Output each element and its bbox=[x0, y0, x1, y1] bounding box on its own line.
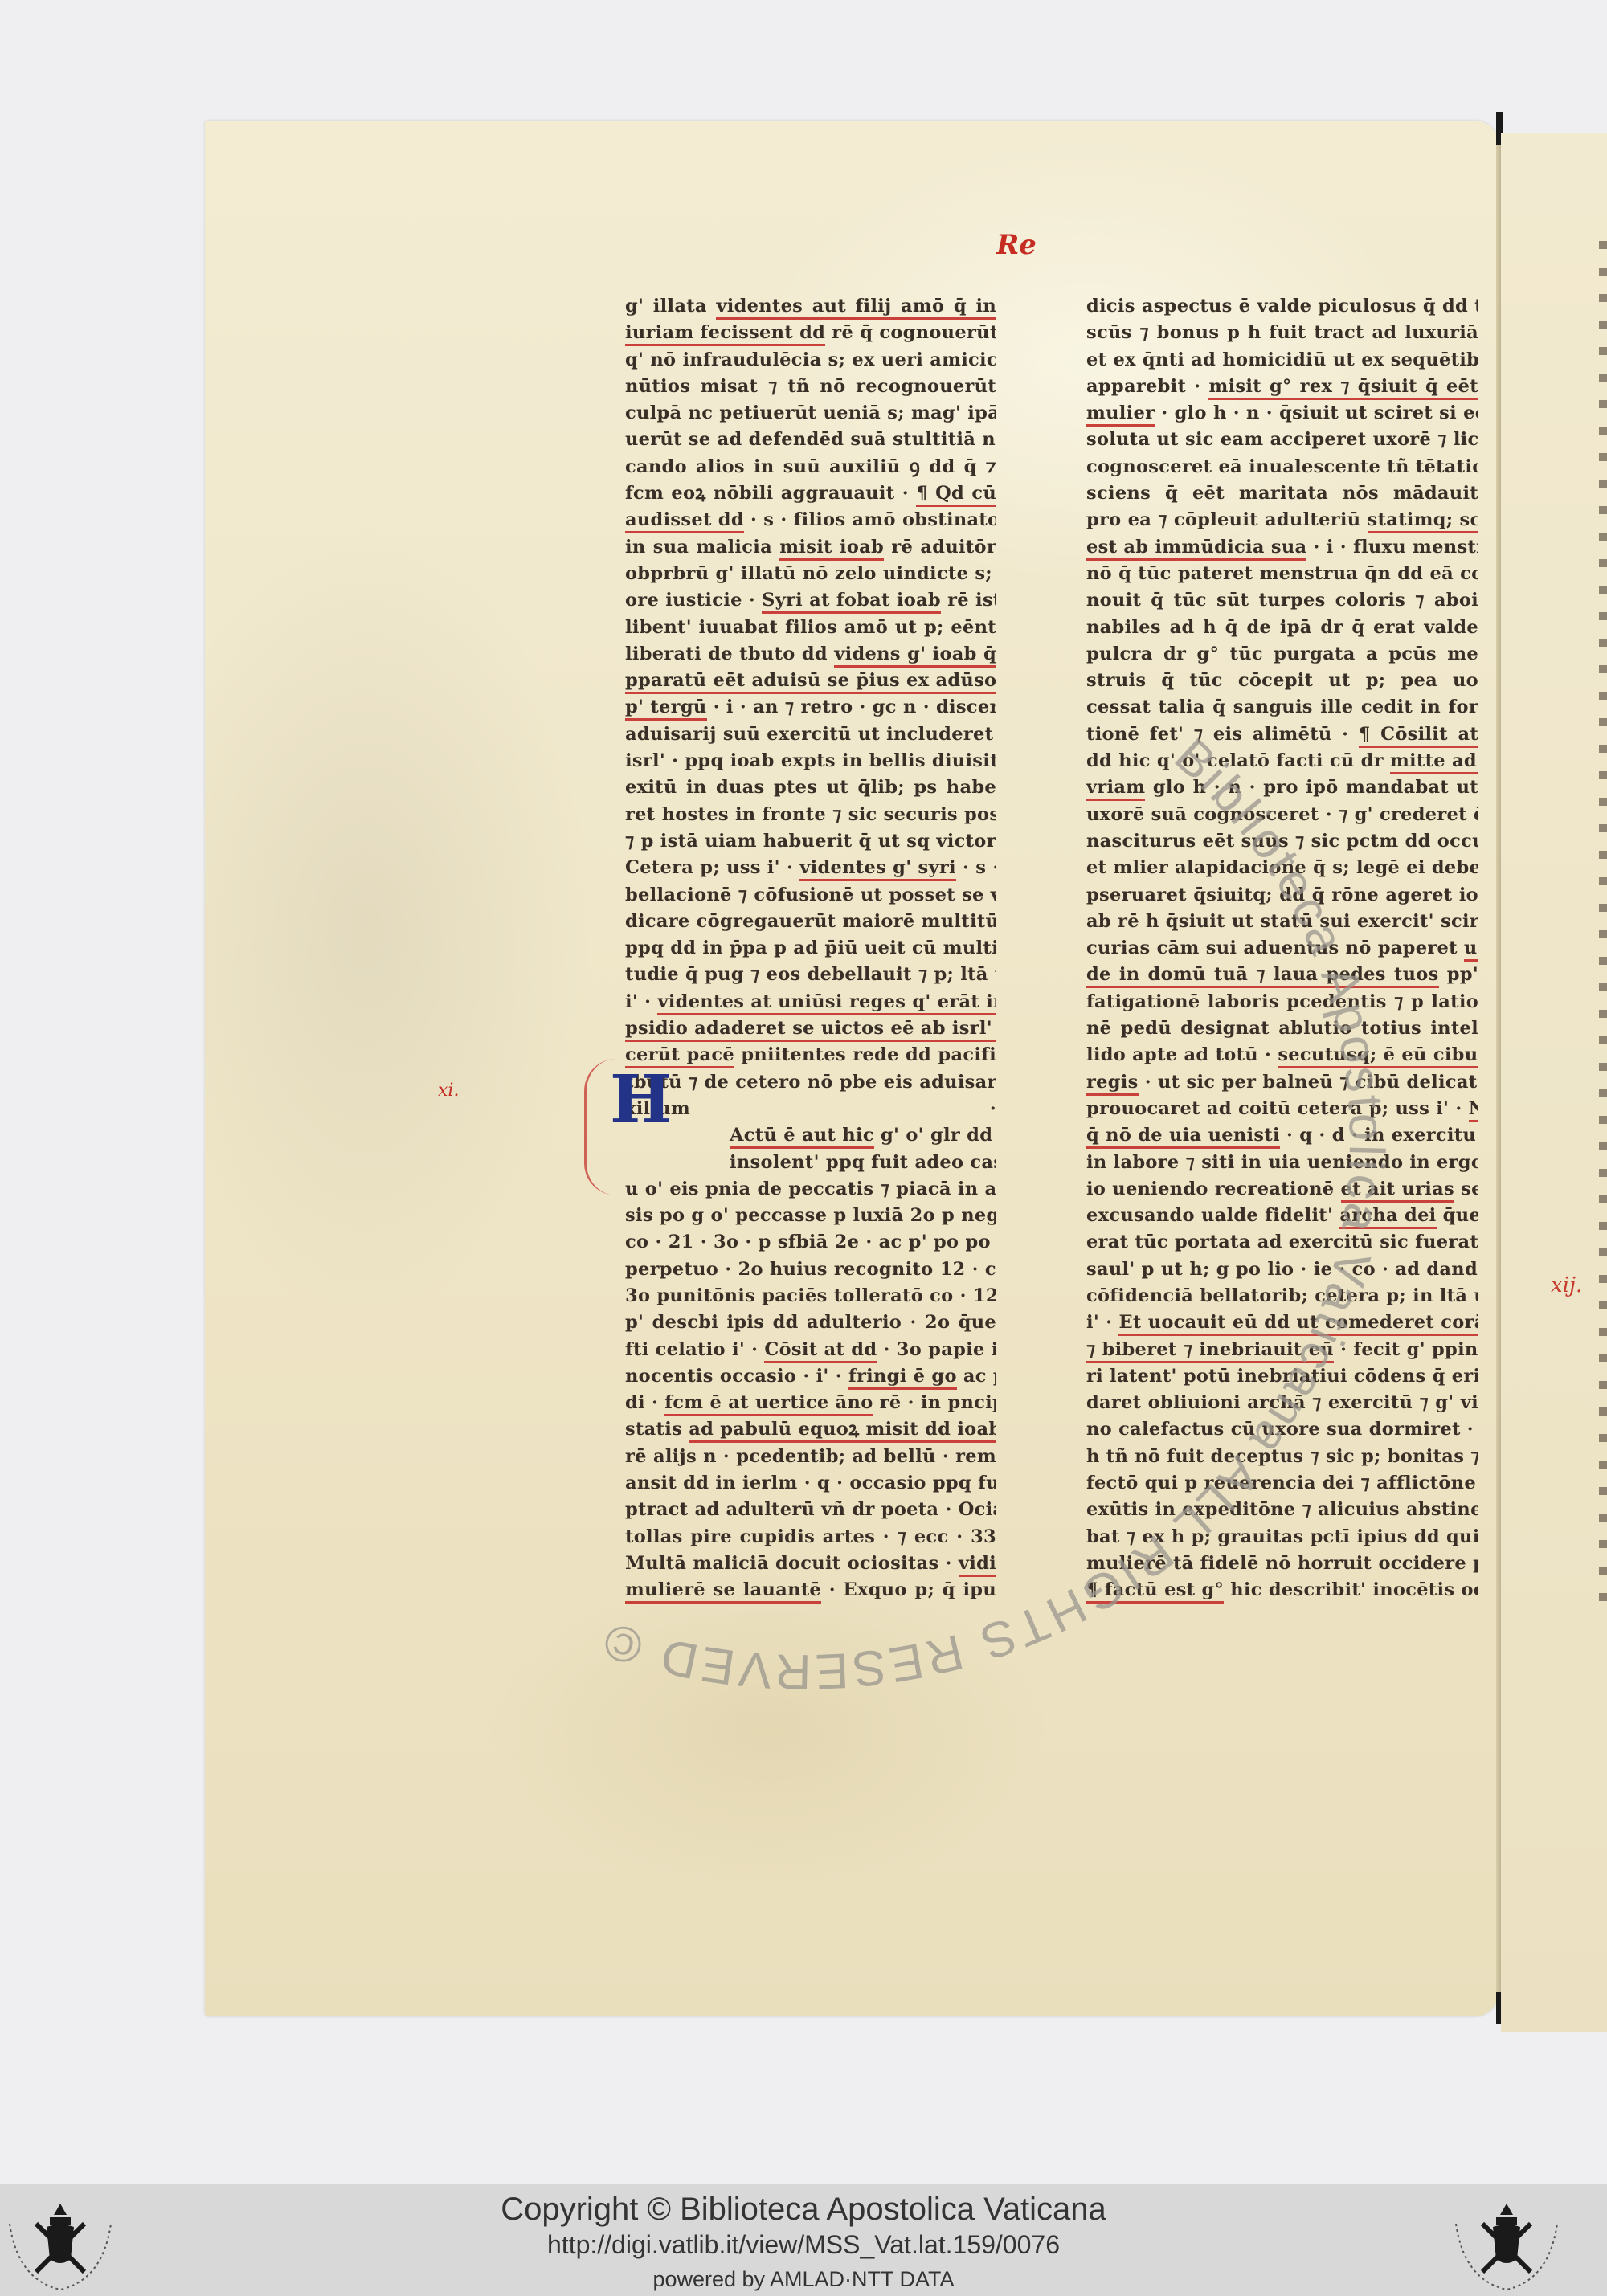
rubricated-lemma: audisset dd bbox=[625, 509, 744, 533]
line-text: ⁊ p istā uiam habuerit q̄ ut sq victoriā bbox=[625, 831, 996, 852]
line-text: in labore ⁊ siti in uia ueniendo in ergo bbox=[1086, 1152, 1478, 1173]
line-text: in sua malicia bbox=[625, 537, 779, 558]
line-text: u o' eis pnia de peccatis ⁊ piacā in adū bbox=[625, 1179, 996, 1199]
text-line: vriam glo h · n · pro ipō mandabat ut bbox=[1086, 774, 1478, 801]
line-text-after: · Exquo p; q̄ ipu bbox=[821, 1579, 996, 1600]
text-line: mulierē tā fidelē nō horruit occidere pc… bbox=[1086, 1550, 1478, 1577]
text-line: ab rē h q̄siuit ut statū sui exercit' sc… bbox=[1086, 909, 1478, 935]
text-line: pro ea ⁊ cōpleuit adulteriū statimq; sct… bbox=[1086, 507, 1478, 533]
line-text: erat tūc portata ad exercitū sic fuerat … bbox=[1086, 1232, 1478, 1252]
line-text-after: · s · suā de bbox=[956, 857, 996, 878]
line-text: g' illata bbox=[625, 296, 716, 317]
rubricated-lemma: ⁊ biberet ⁊ inebriauit eū bbox=[1086, 1339, 1334, 1363]
text-line: et ex q̄nti ad homicidiū ut ex sequētib; bbox=[1086, 347, 1478, 374]
text-line: p' tergū · i · an ⁊ retro · gc n · disce… bbox=[625, 694, 996, 721]
line-text: culpā nc petiuerūt ueniā s; mag' ipā bbox=[625, 402, 996, 423]
text-line: saul' p ut h; g po lio · ie · co · ad da… bbox=[1086, 1256, 1478, 1283]
rubricated-lemma: misit g° rex ⁊ q̄siuit q̄ eēt bbox=[1208, 376, 1478, 400]
text-line: mulier · glo h · n · q̄siuit ut sciret s… bbox=[1086, 400, 1478, 427]
line-text-after: hic describit' inocētis occisio bbox=[1224, 1579, 1478, 1600]
rubricated-lemma: Nū bbox=[1469, 1098, 1478, 1122]
line-text: perpetuo · 2o huius recognito 12 · co bbox=[625, 1259, 996, 1280]
text-line: prouocaret ad coitū cetera p; uss i' · N… bbox=[1086, 1096, 1478, 1122]
rubricated-lemma: videntes g' syri bbox=[799, 857, 956, 881]
line-text: insolent' ppq fuit adeo castigat bbox=[730, 1152, 996, 1173]
line-text: uxorē suā cognosceret · ⁊ g' crederet q̄… bbox=[1086, 804, 1478, 825]
line-text: ptract ad adulterū vñ dr poeta · Ocia si bbox=[625, 1499, 996, 1520]
text-line: bat ⁊ ex h p; grauitas pctī ipius dd qui bbox=[1086, 1524, 1478, 1550]
text-line: bellacionē ⁊ cōfusionē ut posset se vin bbox=[625, 882, 996, 909]
next-page-text-edge bbox=[1599, 241, 1607, 1607]
line-text-after: pniitentes rede dd pacifi bbox=[734, 1044, 996, 1065]
text-line: scūs ⁊ bonus p h fuit tract ad luxuriā bbox=[1086, 320, 1478, 346]
rubricated-lemma: Cōsit at dd bbox=[764, 1339, 877, 1363]
text-line: uerūt se ad defendēd suā stultitiā no bbox=[625, 427, 996, 453]
text-line: et mlier alapidacione q̄ s; legē ei debe… bbox=[1086, 855, 1478, 881]
line-text: scūs ⁊ bonus p h fuit tract ad luxuriā bbox=[1086, 322, 1478, 343]
rubricated-lemma: vriam bbox=[1086, 777, 1145, 801]
line-text: cōfidenciā bellatorib; cetera p; in ltā … bbox=[1086, 1285, 1478, 1306]
rubricated-lemma: mulierē se lauantē bbox=[625, 1579, 821, 1604]
text-line: Multā maliciā docuit ociositas · vidit q… bbox=[625, 1550, 996, 1577]
text-line: nē pedū designat ablutio totius intel bbox=[1086, 1015, 1478, 1042]
text-line: pparatū eēt aduisū se p̄ius ex adūso et bbox=[625, 668, 996, 694]
line-text: pseruaret q̄siuitq; dd q̄ rōne ageret io bbox=[1086, 884, 1478, 905]
rubricated-lemma: videntes aut filij amō q̄ in bbox=[716, 296, 996, 320]
rubricated-lemma: Syri at fobat ioab bbox=[762, 590, 941, 614]
line-text: prouocaret ad coitū cetera p; uss i' · bbox=[1086, 1098, 1469, 1119]
rubricated-lemma: secutusq; ē eū cibus bbox=[1278, 1044, 1478, 1068]
line-text: ab rē h q̄siuit ut statū sui exercit' sc… bbox=[1086, 911, 1478, 932]
line-text: fatigationē laboris pcedentis ⁊ p latio bbox=[1086, 991, 1478, 1012]
line-text-after: · q · d · in exercitu fu bbox=[1280, 1125, 1478, 1146]
text-line: cessat talia q̄ sanguis ille cedit in fo… bbox=[1086, 694, 1478, 721]
line-text: nūtios misat ⁊ tñ nō recognouerūt bbox=[625, 376, 996, 397]
line-text: fectō qui p reuerencia dei ⁊ afflictōne … bbox=[1086, 1473, 1478, 1493]
line-text: fti celatio i' · bbox=[625, 1339, 764, 1360]
text-line: nocentis occasio · i' · fringi ē go ac p… bbox=[625, 1363, 996, 1390]
text-line: ppq dd in p̄pa p ad p̄iū ueit cū multi bbox=[625, 935, 996, 962]
rubricated-lemma: de in domū tuā ⁊ laua pedes tuos bbox=[1086, 964, 1439, 988]
powered-by-text: powered by AMLAD·NTT DATA bbox=[0, 2267, 1607, 2292]
line-text: ppq dd in p̄pa p ad p̄iū ueit cū multi bbox=[625, 938, 996, 958]
next-page-margin-numeral: xij. bbox=[1551, 1273, 1582, 1297]
copyright-text: Copyright © Biblioteca Apostolica Vatica… bbox=[0, 2192, 1607, 2228]
line-text-after: glo h · n · pro ipō mandabat ut bbox=[1145, 777, 1478, 798]
line-text-after: · ut sic per balneū ⁊ cibū delicatū bbox=[1139, 1072, 1478, 1093]
text-line: uxorē suā cognosceret · ⁊ g' crederet q̄… bbox=[1086, 802, 1478, 828]
line-text: dd hic q' o' celatō facti cū dr bbox=[1086, 750, 1390, 771]
line-text: aduisarij suū exercitū ut includeret fil… bbox=[625, 724, 996, 745]
rubricated-lemma: statimq; sctificata bbox=[1368, 509, 1478, 533]
text-line: fcm eoꝝ nōbili aggrauauit · ¶ Qd cū bbox=[625, 480, 996, 507]
line-text-after: · s · filios amō obstinatos ⁊ bbox=[744, 509, 996, 530]
text-line: lido apte ad totū · secutusq; ē eū cibus bbox=[1086, 1042, 1478, 1068]
rubricated-lemma: ua bbox=[1464, 938, 1478, 962]
line-text: nouit q̄ tūc sūt turpes coloris ⁊ aboi bbox=[1086, 590, 1478, 611]
line-text: mulierē tā fidelē nō horruit occidere pc… bbox=[1086, 1553, 1478, 1574]
rubricated-lemma: fringi ē go bbox=[848, 1366, 957, 1390]
text-line: aduisarij suū exercitū ut includeret fil… bbox=[625, 721, 996, 748]
text-line: i' · videntes at uniūsi reges q' erāt in bbox=[625, 989, 996, 1015]
line-text: pro ea ⁊ cōpleuit adulteriū bbox=[1086, 509, 1368, 530]
text-line: cando alios in suū auxiliū ꝯ dd q̄ ⁊ bbox=[625, 454, 996, 480]
text-line: soluta ut sic eam acciperet uxorē ⁊ lici… bbox=[1086, 427, 1478, 453]
line-text: obprbrū g' illatū nō zelo uindicte s; am bbox=[625, 563, 996, 584]
text-line: nūtios misat ⁊ tñ nō recognouerūt bbox=[625, 374, 996, 400]
line-text: saul' p ut h; g po lio · ie · co · ad da… bbox=[1086, 1259, 1478, 1280]
text-line: no calefactus cū uxore sua dormiret · pe… bbox=[1086, 1416, 1478, 1443]
line-text: libent' iuuabat filios amō ut p; eēnt bbox=[625, 617, 996, 638]
text-line: Cetera p; uss i' · videntes g' syri · s … bbox=[625, 855, 996, 881]
rubricated-lemma: mitte ad me bbox=[1390, 750, 1478, 774]
text-line: u o' eis pnia de peccatis ⁊ piacā in adū bbox=[625, 1176, 996, 1203]
text-line: ptract ad adulterū vñ dr poeta · Ocia si bbox=[625, 1497, 996, 1523]
line-text-after: se bbox=[1454, 1179, 1478, 1199]
line-text: et mlier alapidacione q̄ s; legē ei debe… bbox=[1086, 857, 1478, 878]
line-text-after: rē · in pncipio ⁊ bbox=[873, 1392, 996, 1413]
text-line: g' illata videntes aut filij amō q̄ in bbox=[625, 293, 996, 320]
text-line: tollas pire cupidis artes · ⁊ ecc · 33 bbox=[625, 1524, 996, 1550]
line-text: bat ⁊ ex h p; grauitas pctī ipius dd qui bbox=[1086, 1526, 1478, 1547]
text-line: ansit dd in ierlm · q · occasio ppq fuit bbox=[625, 1470, 996, 1497]
text-line: q̄ nō de uia uenisti · q · d · in exerci… bbox=[1086, 1122, 1478, 1149]
text-line: rē alijs n · pcedentib; ad bellū · rem bbox=[625, 1444, 996, 1470]
text-line: di · fcm ē at uertice āno rē · in pncipi… bbox=[625, 1390, 996, 1416]
line-text: no calefactus cū uxore sua dormiret · pe… bbox=[1086, 1419, 1478, 1440]
manuscript-viewer: xij. Re xi. g' illata videntes aut filij… bbox=[0, 0, 1607, 2184]
text-line: de in domū tuā ⁊ laua pedes tuos pp' bbox=[1086, 962, 1478, 988]
text-line: libent' iuuabat filios amō ut p; eēnt bbox=[625, 615, 996, 641]
line-text: liberati de tbuto dd bbox=[625, 643, 834, 664]
text-line: sis po g o' peccasse p luxiā 2o p negli bbox=[625, 1203, 996, 1229]
rubricated-lemma: ¶ factū est g° bbox=[1086, 1579, 1224, 1604]
text-line: nouit q̄ tūc sūt turpes coloris ⁊ aboi bbox=[1086, 587, 1478, 614]
text-line: fti celatio i' · Cōsit at dd · 3o papie … bbox=[625, 1337, 996, 1363]
folio-next-page bbox=[1501, 133, 1607, 2032]
line-text: p' descbi ipis dd adulterio · 2o q̄ue bbox=[625, 1312, 996, 1333]
text-line: fatigationē laboris pcedentis ⁊ p latio bbox=[1086, 989, 1478, 1015]
line-text: dicare cōgregauerūt maiorē multitū bbox=[625, 911, 996, 932]
text-line: iuriam fecissent dd rē q̄ cognouerūt bbox=[625, 320, 996, 346]
text-line: isrl' · ppq ioab expts in bellis diuisit bbox=[625, 748, 996, 774]
line-text-after: · i · fluxu menstruo bbox=[1306, 537, 1478, 558]
line-text: i' · bbox=[1086, 1312, 1118, 1333]
line-text: nē pedū designat ablutio totius intel bbox=[1086, 1018, 1478, 1039]
line-text-after: · fecit g' ppina bbox=[1334, 1339, 1478, 1360]
line-text-after: pp' bbox=[1439, 964, 1478, 985]
text-line: perpetuo · 2o huius recognito 12 · co bbox=[625, 1256, 996, 1283]
line-text: struis q̄ tūc cōcepit ut p; pea uo bbox=[1086, 670, 1478, 691]
text-line: dicare cōgregauerūt maiorē multitū bbox=[625, 909, 996, 935]
running-head: Re bbox=[996, 229, 1037, 261]
text-line: erat tūc portata ad exercitū sic fuerat … bbox=[1086, 1229, 1478, 1256]
line-text: exitū in duas ptes ut q̄lib; ps habe bbox=[625, 777, 996, 798]
text-line: co · 21 · 3o · p sfbiā 2e · ac p' po po … bbox=[625, 1229, 996, 1256]
text-line: tudie q̄ pug ⁊ eos debellauit ⁊ p; ltā u… bbox=[625, 962, 996, 988]
rubricated-lemma: regis bbox=[1086, 1072, 1139, 1096]
rubricated-lemma: videns g' ioab q̄ bbox=[834, 643, 996, 668]
rubricated-lemma: videntes at uniūsi reges q' erāt in bbox=[657, 991, 996, 1015]
text-line: i' · Et uocauit eū dd ut comederet corā … bbox=[1086, 1309, 1478, 1336]
line-text: tudie q̄ pug ⁊ eos debellauit ⁊ p; ltā u… bbox=[625, 964, 996, 985]
rubricated-lemma: ¶ Cōsilit at bbox=[1359, 724, 1478, 748]
line-text: exūtis in expeditōne ⁊ alicuius abstine bbox=[1086, 1499, 1478, 1520]
text-line: q' nō infraudulēcia s; ex ueri amicicī bbox=[625, 347, 996, 374]
line-text: nō q̄ tūc pateret menstrua q̄n dd eā cog bbox=[1086, 563, 1478, 584]
rubricated-lemma: misit ioab bbox=[779, 537, 884, 561]
text-line: fectō qui p reuerencia dei ⁊ afflictōne … bbox=[1086, 1470, 1478, 1497]
rubricated-lemma: q̄ nō de uia uenisti bbox=[1086, 1125, 1280, 1149]
line-text: soluta ut sic eam acciperet uxorē ⁊ lici… bbox=[1086, 429, 1478, 450]
line-text-after: ac p' bbox=[957, 1366, 996, 1387]
line-text: excusando ualde fidelit' bbox=[1086, 1205, 1339, 1226]
illuminated-initial: H bbox=[584, 1059, 689, 1147]
rubricated-lemma: vidit q; bbox=[959, 1553, 996, 1577]
line-text: Cetera p; uss i' · bbox=[625, 857, 799, 878]
rubricated-lemma: Actū ē aut hic bbox=[730, 1125, 874, 1149]
line-text: et ex q̄nti ad homicidiū ut ex sequētib; bbox=[1086, 349, 1478, 370]
line-text: nasciturus eēt suus ⁊ sic pctm dd occult… bbox=[1086, 831, 1478, 852]
rubricated-lemma: Et uocauit eū dd ut comederet corā se bbox=[1118, 1312, 1478, 1336]
copyright-footer: Copyright © Biblioteca Apostolica Vatica… bbox=[0, 2184, 1607, 2296]
text-line: daret obliuioni archā ⁊ exercitū ⁊ g' vi bbox=[1086, 1390, 1478, 1416]
text-line: liberati de tbuto dd videns g' ioab q̄ bbox=[625, 641, 996, 668]
line-text: sciens q̄ eēt maritata nōs mādauit bbox=[1086, 483, 1478, 504]
text-column-left: g' illata videntes aut filij amō q̄ iniu… bbox=[625, 293, 996, 1604]
rubricated-lemma: ¶ Qd cū bbox=[916, 483, 996, 507]
rubricated-lemma: pparatū eēt aduisū se p̄ius ex adūso et bbox=[625, 670, 996, 694]
text-line: psidio adaderet se uictos eē ab isrl' fe bbox=[625, 1015, 996, 1042]
line-text: isrl' · ppq ioab expts in bellis diuisit bbox=[625, 750, 996, 771]
text-line: pseruaret q̄siuitq; dd q̄ rōne ageret io bbox=[1086, 882, 1478, 909]
rubricated-lemma: ad pabulū equoꝝ misit dd ioab bbox=[689, 1419, 996, 1443]
line-text: ri latent' potū inebriatiui cōdens q̄ er… bbox=[1086, 1366, 1478, 1387]
line-text: cando alios in suū auxiliū ꝯ dd q̄ ⁊ bbox=[625, 456, 996, 477]
line-text: nocentis occasio · i' · bbox=[625, 1366, 848, 1387]
line-text: di · bbox=[625, 1392, 664, 1413]
line-text: uerūt se ad defendēd suā stultitiā no bbox=[625, 429, 996, 450]
text-line: io ueniendo recreationē et ait urias se bbox=[1086, 1176, 1478, 1203]
initial-letter: H bbox=[610, 1067, 672, 1133]
permalink-url[interactable]: http://digi.vatlib.it/view/MSS_Vat.lat.1… bbox=[0, 2230, 1607, 2260]
text-line: est ab immūdicia sua · i · fluxu menstru… bbox=[1086, 534, 1478, 561]
line-text: io ueniendo recreationē bbox=[1086, 1179, 1341, 1199]
text-line: ⁊ biberet ⁊ inebriauit eū · fecit g' ppi… bbox=[1086, 1337, 1478, 1363]
text-line: curias cām sui aduentus nō paperet ua bbox=[1086, 935, 1478, 962]
text-line: dicis aspectus ē valde piculosus q̄ dd t… bbox=[1086, 293, 1478, 320]
text-line: ret hostes in fronte ⁊ sic securis posse… bbox=[625, 802, 996, 828]
line-text: daret obliuioni archā ⁊ exercitū ⁊ g' vi bbox=[1086, 1392, 1478, 1413]
line-text: ret hostes in fronte ⁊ sic securis posse… bbox=[625, 804, 996, 825]
line-text: tionē fet' ⁊ eis alimētū · bbox=[1086, 724, 1359, 745]
text-line: nō q̄ tūc pateret menstrua q̄n dd eā cog bbox=[1086, 561, 1478, 587]
line-text: i' · bbox=[625, 991, 657, 1012]
line-text: rē alijs n · pcedentib; ad bellū · rem bbox=[625, 1446, 996, 1467]
line-text-after: · i · an ⁊ retro · gc n · discerant bbox=[707, 697, 996, 717]
text-line: dd hic q' o' celatō facti cū dr mitte ad… bbox=[1086, 748, 1478, 774]
text-line: pulcra dr g° tūc purgata a pcūs me bbox=[1086, 641, 1478, 668]
text-line: in labore ⁊ siti in uia ueniendo in ergo bbox=[1086, 1150, 1478, 1176]
line-text: curias cām sui aduentus nō paperet bbox=[1086, 938, 1464, 958]
text-line: insolent' ppq fuit adeo castigat bbox=[625, 1150, 996, 1176]
line-text: 3o punitōnis paciēs tolleratō co · 12 ac bbox=[625, 1285, 996, 1306]
line-text: fcm eoꝝ nōbili aggrauauit · bbox=[625, 483, 916, 504]
text-line: ore iusticie · Syri at fobat ioab rē ist… bbox=[625, 587, 996, 614]
line-text: pulcra dr g° tūc purgata a pcūs me bbox=[1086, 643, 1478, 664]
text-line: regis · ut sic per balneū ⁊ cibū delicat… bbox=[1086, 1069, 1478, 1096]
text-line: ¶ factū est g° hic describit' inocētis o… bbox=[1086, 1577, 1478, 1604]
line-text-after: rē isti bbox=[941, 590, 996, 611]
text-line: statis ad pabulū equoꝝ misit dd ioab bbox=[625, 1416, 996, 1443]
text-line: struis q̄ tūc cōcepit ut p; pea uo bbox=[1086, 668, 1478, 694]
line-text: Multā maliciā docuit ociositas · bbox=[625, 1553, 959, 1574]
line-text: tollas pire cupidis artes · ⁊ ecc · 33 bbox=[625, 1526, 996, 1547]
text-line: apparebit · misit g° rex ⁊ q̄siuit q̄ eē… bbox=[1086, 374, 1478, 400]
line-text-after: rē aduitōr bbox=[884, 537, 996, 558]
text-line: 3o punitōnis paciēs tolleratō co · 12 ac bbox=[625, 1283, 996, 1309]
rubricated-lemma: iuriam fecissent dd bbox=[625, 322, 825, 346]
line-text: h tñ nō fuit deceptus ⁊ sic p; bonitas ⁊… bbox=[1086, 1446, 1478, 1467]
line-text: dicis aspectus ē valde piculosus q̄ dd t… bbox=[1086, 296, 1478, 317]
rubricated-lemma: fcm ē at uertice āno bbox=[664, 1392, 873, 1416]
text-line: ⁊ p istā uiam habuerit q̄ ut sq victoriā bbox=[625, 828, 996, 855]
line-text-after: · 3o papie in bbox=[877, 1339, 996, 1360]
rubricated-lemma: archa dei bbox=[1339, 1205, 1436, 1229]
line-text: nabiles ad h q̄ de ipā dr q̄ erat valde bbox=[1086, 617, 1478, 638]
line-text: ansit dd in ierlm · q · occasio ppq fuit bbox=[625, 1473, 996, 1493]
line-text: sis po g o' peccasse p luxiā 2o p negli bbox=[625, 1205, 996, 1226]
text-line: cognosceret eā inualescente tñ tētatione bbox=[1086, 454, 1478, 480]
line-text-after: g' o' glr dd uix bbox=[874, 1125, 996, 1146]
text-line: in sua malicia misit ioab rē aduitōr bbox=[625, 534, 996, 561]
line-text: q' nō infraudulēcia s; ex ueri amicicī bbox=[625, 349, 996, 370]
line-text: cessat talia q̄ sanguis ille cedit in fo… bbox=[1086, 697, 1478, 717]
line-text: cognosceret eā inualescente tñ tētatione bbox=[1086, 456, 1478, 477]
line-text: apparebit · bbox=[1086, 376, 1208, 397]
rubricated-lemma: et ait urias bbox=[1341, 1179, 1455, 1203]
text-column-right: dicis aspectus ē valde piculosus q̄ dd t… bbox=[1086, 293, 1478, 1604]
line-text: statis bbox=[625, 1419, 689, 1440]
text-line: exūtis in expeditōne ⁊ alicuius abstine bbox=[1086, 1497, 1478, 1523]
rubricated-lemma: mulier bbox=[1086, 402, 1155, 427]
line-text-after: · glo h · n · q̄siuit ut sciret si eēt bbox=[1155, 402, 1478, 423]
text-line: p' descbi ipis dd adulterio · 2o q̄ue bbox=[625, 1309, 996, 1336]
text-line: nabiles ad h q̄ de ipā dr q̄ erat valde bbox=[1086, 615, 1478, 641]
rubricated-lemma: p' tergū bbox=[625, 697, 707, 721]
line-text: bellacionē ⁊ cōfusionē ut posset se vin bbox=[625, 884, 996, 905]
text-line: tionē fet' ⁊ eis alimētū · ¶ Cōsilit at bbox=[1086, 721, 1478, 748]
line-text-after: q̄ue bbox=[1437, 1205, 1478, 1226]
text-line: excusando ualde fidelit' archa dei q̄ue bbox=[1086, 1203, 1478, 1229]
text-line: h tñ nō fuit deceptus ⁊ sic p; bonitas ⁊… bbox=[1086, 1444, 1478, 1470]
text-line: cōfidenciā bellatorib; cetera p; in ltā … bbox=[1086, 1283, 1478, 1309]
text-line: mulierē se lauantē · Exquo p; q̄ ipu bbox=[625, 1577, 996, 1604]
text-line: nasciturus eēt suus ⁊ sic pctm dd occult… bbox=[1086, 828, 1478, 855]
text-line: ri latent' potū inebriatiui cōdens q̄ er… bbox=[1086, 1363, 1478, 1390]
line-text: lido apte ad totū · bbox=[1086, 1044, 1278, 1065]
text-line: sciens q̄ eēt maritata nōs mādauit bbox=[1086, 480, 1478, 507]
text-line: exitū in duas ptes ut q̄lib; ps habe bbox=[625, 774, 996, 801]
line-text: ore iusticie · bbox=[625, 590, 762, 611]
text-line: culpā nc petiuerūt ueniā s; mag' ipā bbox=[625, 400, 996, 427]
line-text-after: rē q̄ cognouerūt bbox=[825, 322, 996, 343]
text-line: obprbrū g' illatū nō zelo uindicte s; am bbox=[625, 561, 996, 587]
margin-numeral: xi. bbox=[438, 1081, 459, 1101]
rubricated-lemma: est ab immūdicia sua bbox=[1086, 537, 1306, 561]
rubricated-lemma: psidio adaderet se uictos eē ab isrl' fe bbox=[625, 1018, 996, 1042]
line-text: co · 21 · 3o · p sfbiā 2e · ac p' po po … bbox=[625, 1232, 996, 1252]
text-line: audisset dd · s · filios amō obstinatos … bbox=[625, 507, 996, 533]
